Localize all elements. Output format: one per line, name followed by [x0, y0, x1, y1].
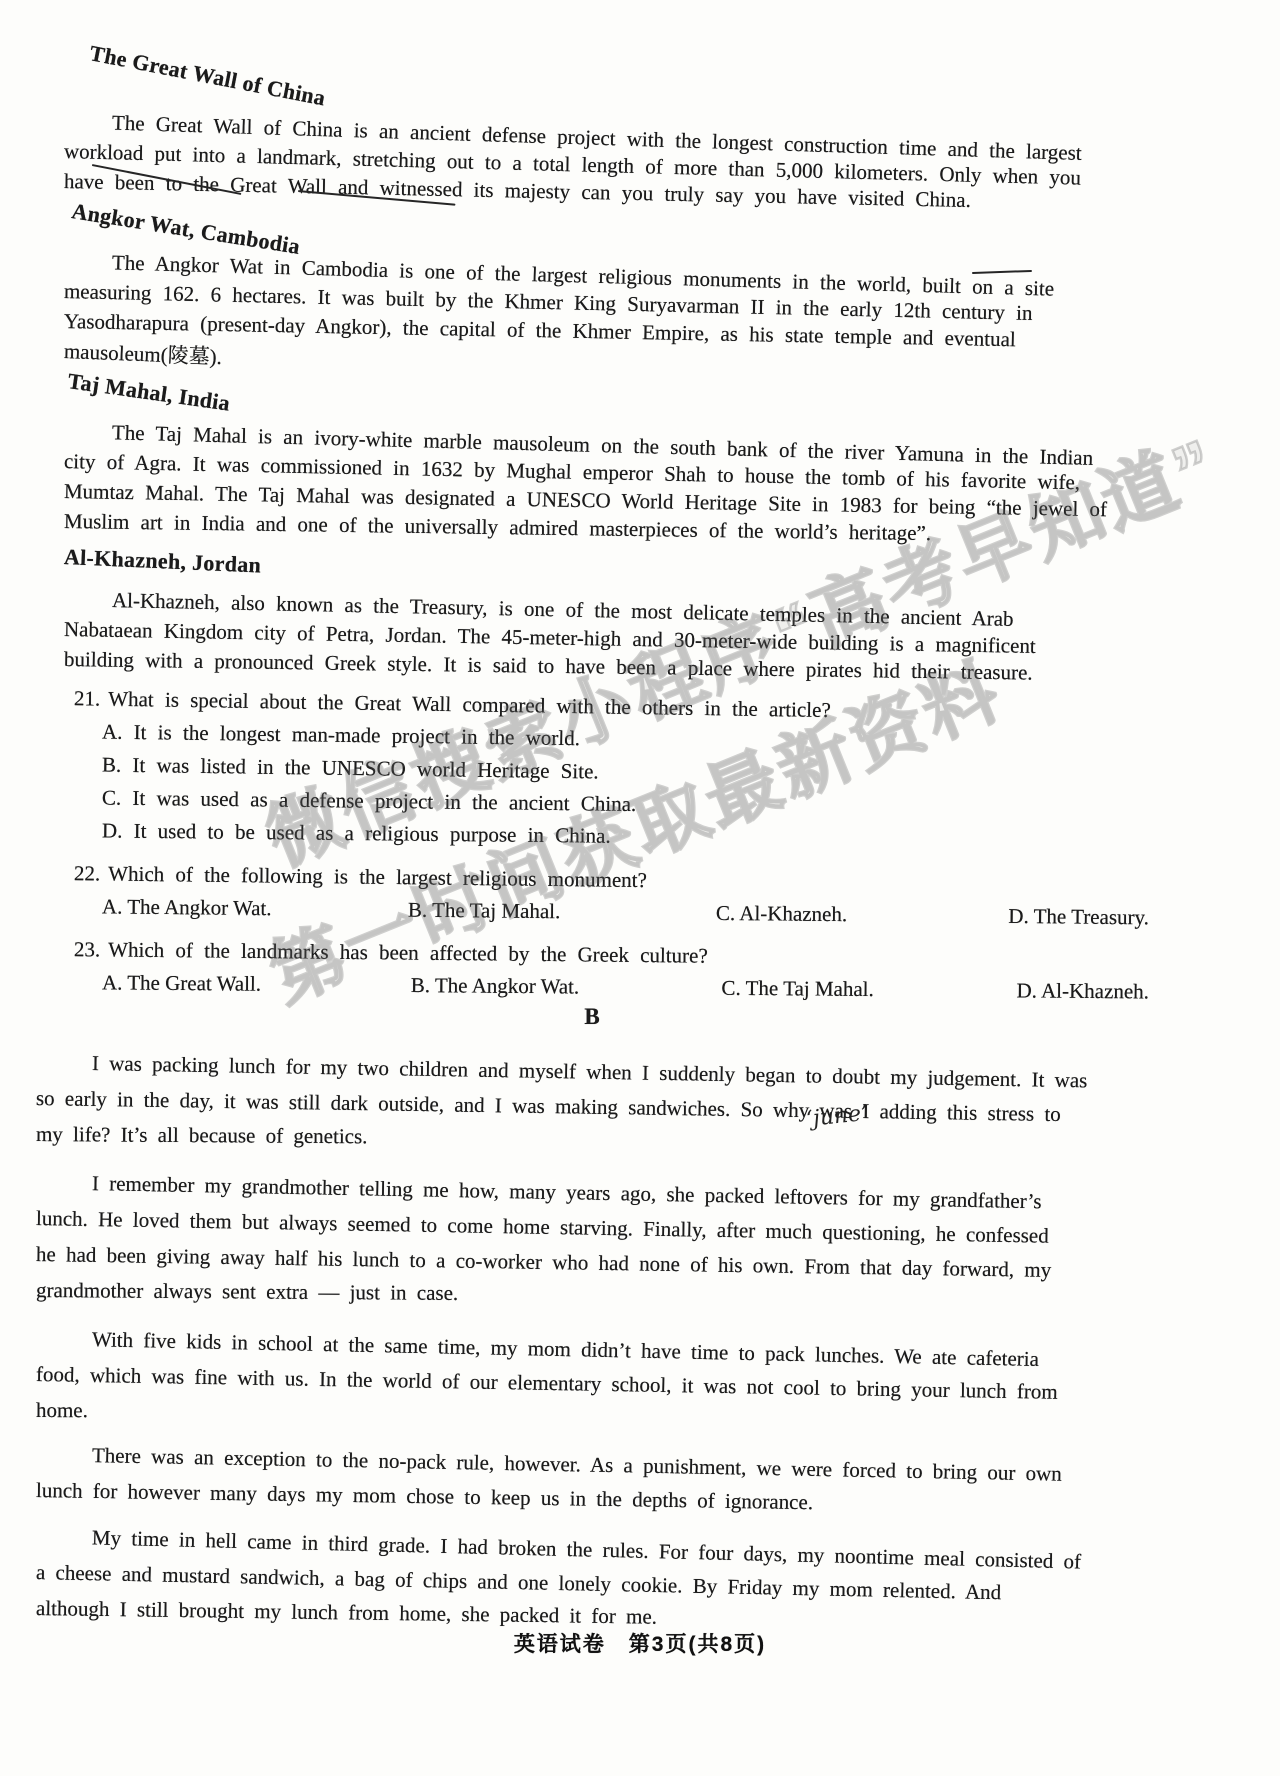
passage-b-paragraph-5: My time in hell came in third grade. I h…	[36, 1518, 1148, 1626]
passage-b: B I was packing lunch for my two childre…	[36, 1002, 1148, 1626]
question-22-option-a: A. The Angkor Wat.	[102, 890, 408, 926]
question-22-option-d: D. The Treasury.	[1008, 900, 1149, 934]
page-footer: 英语试卷 第3页(共8页)	[0, 1628, 1280, 1658]
passage-b-paragraph-4: There was an exception to the no-pack ru…	[36, 1436, 1148, 1508]
section-b-label: B	[36, 1002, 1148, 1032]
passage-line: my life? It’s all because of genetics.	[36, 1116, 1148, 1160]
question-23-option-a: A. The Great Wall.	[102, 966, 411, 1002]
passage-b-paragraph-2: I remember my grandmother telling me how…	[36, 1164, 1148, 1308]
question-22-option-b: B. The Taj Mahal.	[408, 894, 716, 930]
question-number: 22.	[74, 861, 101, 885]
question-text: Which of the landmarks has been affected…	[108, 937, 708, 967]
passage-b-paragraph-1: I was packing lunch for my two children …	[36, 1044, 1148, 1152]
question-number: 21.	[74, 686, 101, 710]
passage-line: home.	[36, 1392, 1148, 1432]
page-footer-text: 英语试卷 第3页(共8页)	[514, 1633, 766, 1656]
exam-page-scan: 微信搜索小程序“高考早知道” 第一时间获取最新资料 The Great Wall…	[0, 0, 1280, 1776]
passage-a: The Great Wall of China The Great Wall o…	[64, 24, 1149, 999]
question-number: 23.	[74, 937, 100, 961]
question-22-option-c: C. Al-Khazneh.	[716, 897, 1009, 933]
passage-b-paragraph-3: With five kids in school at the same tim…	[36, 1320, 1148, 1428]
passage-line: grandmother always sent extra — just in …	[36, 1272, 1148, 1316]
question-text: Which of the following is the largest re…	[108, 862, 647, 893]
question-23-option-b: B. The Angkor Wat.	[411, 969, 722, 1005]
